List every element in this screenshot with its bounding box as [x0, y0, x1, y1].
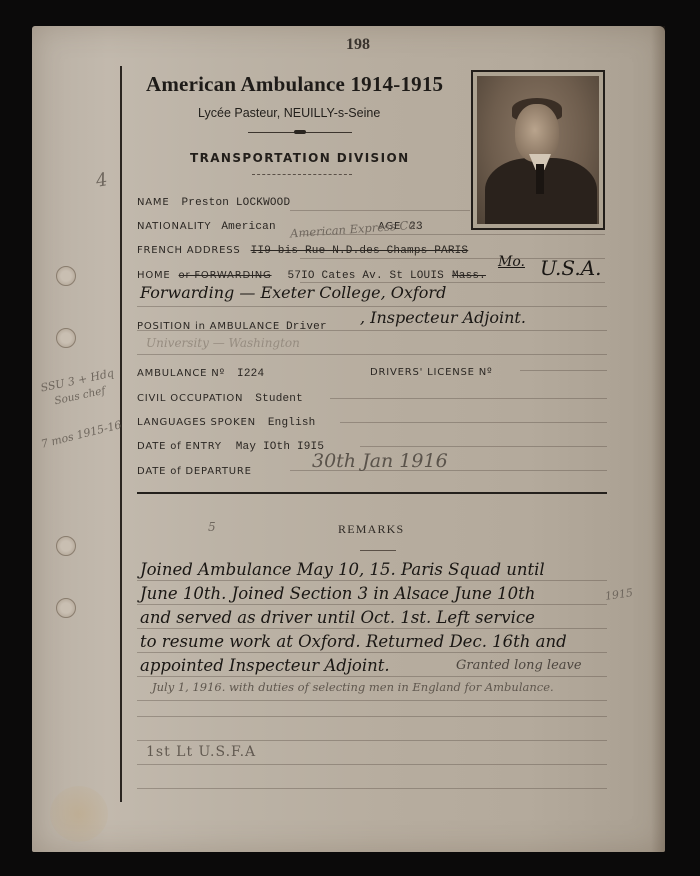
field-civil-occupation: CIVIL OCCUPATION Student: [137, 388, 303, 406]
page-number: 198: [346, 36, 370, 54]
field-ambulance-no: AMBULANCE Nº I224: [137, 363, 264, 381]
nationality-value: American: [221, 221, 275, 233]
field-french-address: FRENCH ADDRESS II9 bis Rue N.D.des Champ…: [137, 240, 468, 258]
forwarding-address-handwritten: Forwarding — Exeter College, Oxford: [140, 283, 446, 302]
french-address-value: II9 bis Rue N.D.des Champs PARIS: [251, 245, 469, 257]
field-home: HOME or FORWARDING 57IO Cates Av. St LOU…: [137, 265, 486, 283]
home-country-handwritten: U.S.A.: [540, 256, 602, 280]
remark-line: to resume work at Oxford. Returned Dec. …: [140, 632, 567, 651]
home-value: 57IO Cates Av. St LOUIS: [288, 270, 444, 282]
paper-stain: [50, 786, 108, 842]
section-divider: [137, 492, 607, 494]
punch-hole: [56, 328, 76, 348]
portrait-photo: [471, 70, 605, 230]
remark-line: appointed Inspecteur Adjoint.: [140, 656, 390, 675]
margin-rule: [120, 66, 122, 802]
division-underline: [252, 174, 352, 175]
remarks-heading: REMARKS: [338, 522, 404, 537]
field-date-departure: DATE of DEPARTURE: [137, 461, 252, 479]
date-departure-value: 30th Jan 1916: [312, 450, 448, 472]
date-entry-value: May IOth I9I5: [236, 441, 324, 453]
punch-hole: [56, 536, 76, 556]
position-handwritten: , Inspecteur Adjoint.: [360, 308, 526, 327]
punch-hole: [56, 598, 76, 618]
field-languages: LANGUAGES SPOKEN English: [137, 412, 315, 430]
remarks-underline: [360, 550, 396, 551]
ambulance-no-value: I224: [237, 368, 264, 380]
civil-occupation-value: Student: [255, 393, 303, 405]
document-subtitle: Lycée Pasteur, NEUILLY-s-Seine: [198, 106, 380, 120]
home-state-handwritten: Mo.: [498, 254, 525, 270]
punch-hole: [56, 266, 76, 286]
remarks-mark: 5: [208, 520, 216, 534]
portrait-image: [477, 76, 599, 224]
document-title: American Ambulance 1914-1915: [146, 72, 443, 97]
field-nationality: NATIONALITY American: [137, 216, 276, 234]
remark-pencil-continuation: Granted long leave: [456, 658, 582, 673]
remark-line: June 10th. Joined Section 3 in Alsace Ju…: [140, 584, 535, 603]
languages-value: English: [268, 417, 316, 429]
remark-line: and served as driver until Oct. 1st. Lef…: [140, 608, 535, 627]
name-value: Preston LOCKWOOD: [181, 197, 290, 209]
field-drivers-license: DRIVERS' LICENSE Nº: [370, 362, 493, 380]
pencil-note-university: University — Washington: [146, 336, 300, 350]
rank-note: 1st Lt U.S.F.A: [146, 744, 256, 760]
remark-pencil-line: July 1, 1916. with duties of selecting m…: [152, 680, 554, 694]
ornament-center: [294, 130, 306, 134]
field-position: POSITION in AMBULANCE Driver: [137, 316, 327, 334]
remark-line: Joined Ambulance May 10, 15. Paris Squad…: [140, 560, 545, 579]
division-heading: TRANSPORTATION DIVISION: [190, 151, 410, 165]
field-date-entry: DATE of ENTRY May IOth I9I5: [137, 436, 324, 454]
field-name: NAME Preston LOCKWOOD: [137, 192, 290, 210]
position-value: Driver: [286, 321, 327, 333]
